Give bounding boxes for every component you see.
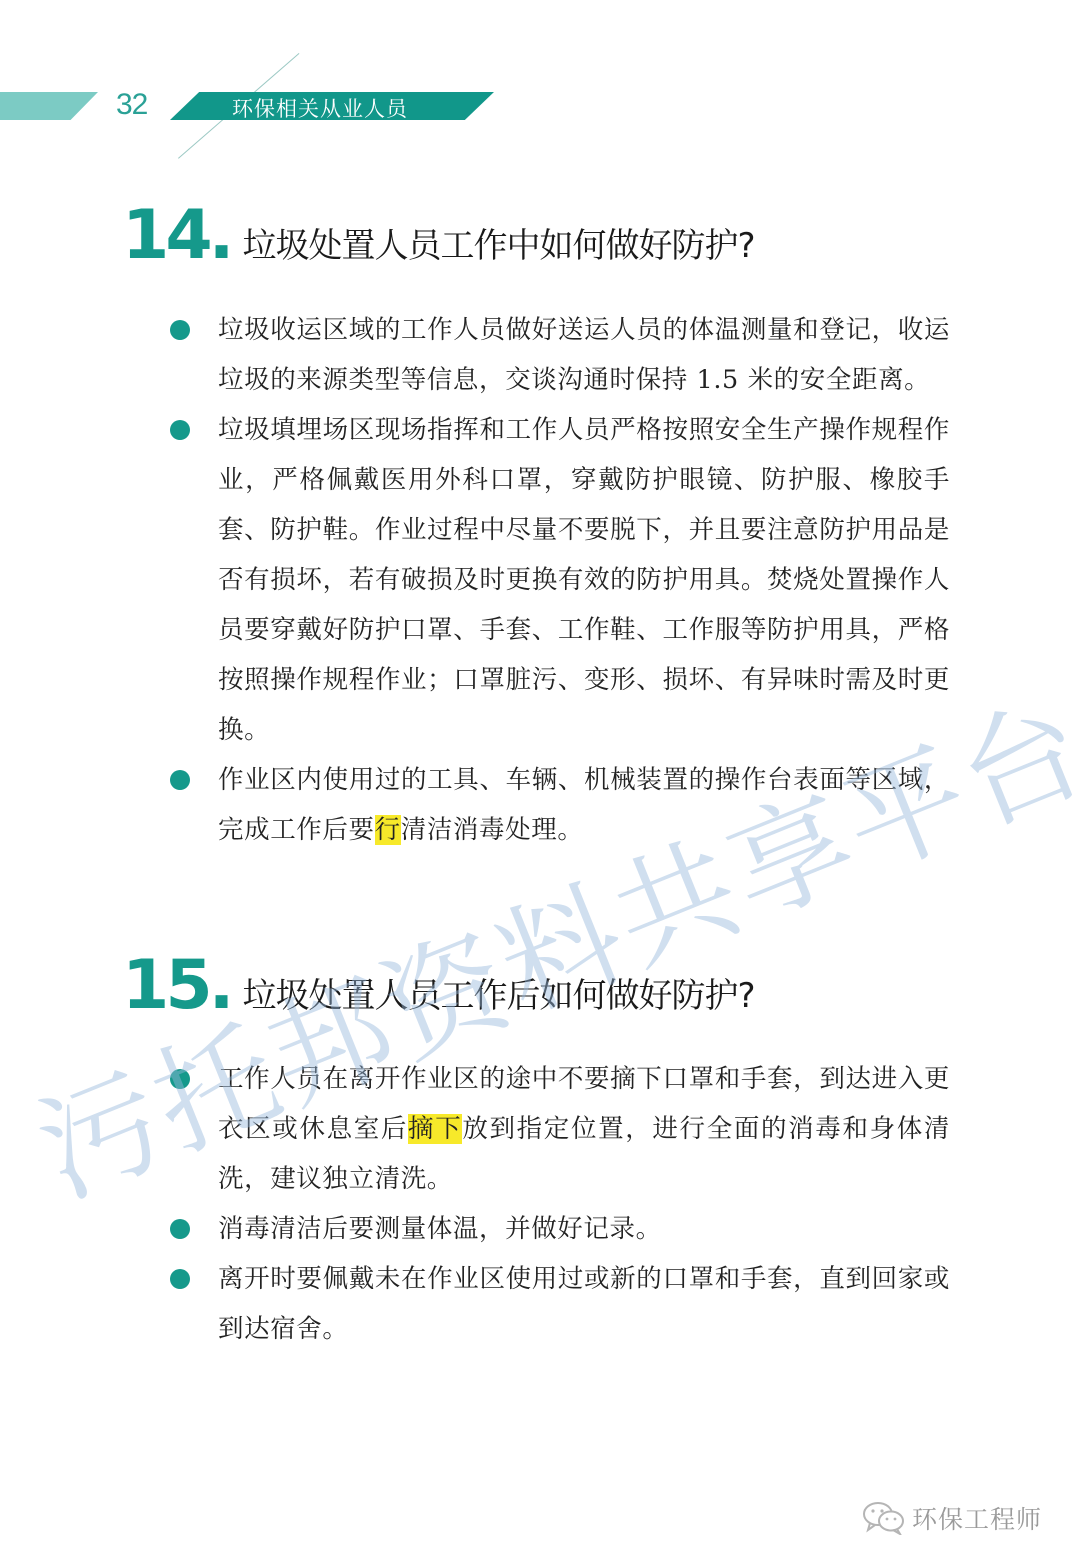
list-item: 离开时要佩戴未在作业区使用过或新的口罩和手套，直到回家或到达宿舍。: [170, 1254, 950, 1354]
list-item: 垃圾收运区域的工作人员做好送运人员的体温测量和登记，收运垃圾的来源类型等信息，交…: [170, 305, 950, 405]
section-number: 15.: [122, 955, 230, 1017]
section-15-list: 工作人员在离开作业区的途中不要摘下口罩和手套，到达进入更衣区或休息室后摘下放到指…: [170, 1054, 950, 1354]
bullet-icon: [170, 320, 190, 340]
section-number: 14.: [122, 205, 230, 267]
item-text: 离开时要佩戴未在作业区使用过或新的口罩和手套，直到回家或到达宿舍。: [218, 1254, 950, 1354]
text-segment: 清洁消毒处理。: [401, 815, 584, 845]
item-text: 工作人员在离开作业区的途中不要摘下口罩和手套，到达进入更衣区或休息室后摘下放到指…: [218, 1054, 950, 1204]
page-number: 32: [116, 88, 147, 122]
section-title: 垃圾处置人员工作后如何做好防护?: [242, 968, 754, 1017]
account-name: 环保工程师: [912, 1500, 1042, 1536]
section-title: 垃圾处置人员工作中如何做好防护?: [242, 218, 754, 267]
item-text: 垃圾收运区域的工作人员做好送运人员的体温测量和登记，收运垃圾的来源类型等信息，交…: [218, 305, 950, 405]
section-heading-14: 14. 垃圾处置人员工作中如何做好防护?: [122, 205, 755, 267]
item-text: 消毒清洁后要测量体温，并做好记录。: [218, 1204, 950, 1254]
wechat-icon: [862, 1501, 906, 1535]
list-item: 消毒清洁后要测量体温，并做好记录。: [170, 1204, 950, 1254]
list-item: 垃圾填埋场区现场指挥和工作人员严格按照安全生产操作规程作业，严格佩戴医用外科口罩…: [170, 405, 950, 755]
highlighted-text: 行: [375, 815, 401, 845]
bullet-icon: [170, 770, 190, 790]
text-segment: 作业区内使用过的工具、车辆、机械装置的操作台表面等区域，完成工作后要: [218, 765, 950, 845]
bullet-icon: [170, 1069, 190, 1089]
item-text: 垃圾填埋场区现场指挥和工作人员严格按照安全生产操作规程作业，严格佩戴医用外科口罩…: [218, 405, 950, 755]
list-item: 工作人员在离开作业区的途中不要摘下口罩和手套，到达进入更衣区或休息室后摘下放到指…: [170, 1054, 950, 1204]
section-label: 环保相关从业人员: [232, 93, 408, 123]
bullet-icon: [170, 1219, 190, 1239]
section-heading-15: 15. 垃圾处置人员工作后如何做好防护?: [122, 955, 755, 1017]
highlighted-text: 摘下: [408, 1114, 462, 1144]
page-header: 32 环保相关从业人员: [0, 0, 1080, 140]
item-text: 作业区内使用过的工具、车辆、机械装置的操作台表面等区域，完成工作后要行清洁消毒处…: [218, 755, 950, 855]
bullet-icon: [170, 420, 190, 440]
list-item: 作业区内使用过的工具、车辆、机械装置的操作台表面等区域，完成工作后要行清洁消毒处…: [170, 755, 950, 855]
bullet-icon: [170, 1269, 190, 1289]
footer-account: 环保工程师: [862, 1500, 1042, 1536]
header-band-left: [0, 92, 98, 120]
section-14-list: 垃圾收运区域的工作人员做好送运人员的体温测量和登记，收运垃圾的来源类型等信息，交…: [170, 305, 950, 855]
